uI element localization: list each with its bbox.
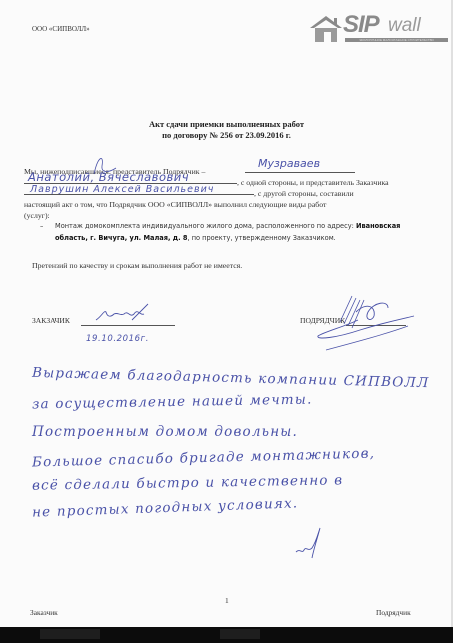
handwritten-note-line: Большое спасибо бригаде монтажников, [32,446,376,471]
work-item-address-region: Ивановская [356,222,400,230]
sipwall-logo: SIP wall ЭКОЛОГИЧНОЕ МАЛОЭТАЖНОЕ СТРОИТЕ… [308,13,450,45]
handwritten-note-line: Выражаем благодарность компании СИПВОЛЛ [32,365,430,391]
customer-date-handwritten: 19.10.2016г. [86,334,149,344]
scan-edge [0,627,453,643]
work-item-line-1: Монтаж домокомплекта индивидуального жил… [55,222,400,230]
work-item-line-2: область, г. Вичуга, ул. Малая, д. 8, по … [55,234,336,242]
document-subtitle: по договору № 256 от 23.09.2016 г. [0,130,453,140]
contractor-surname-handwritten: Музраваев [258,157,320,170]
house-icon [308,15,344,43]
company-name: ООО «СИПВОЛЛ» [32,25,90,33]
logo-tagline: ЭКОЛОГИЧНОЕ МАЛОЭТАЖНОЕ СТРОИТЕЛЬСТВО [345,38,448,42]
footer-customer: Заказчик [30,608,58,617]
customer-signature [92,302,152,324]
page-number: 1 [225,596,229,605]
customer-signature-label: ЗАКЗАЧИК [32,316,70,325]
contractor-signature [296,292,416,352]
customer-name-handwritten: Лаврушин Алексей Васильевич [30,184,214,195]
handwritten-note-line: за осуществление нашей мечты. [32,392,313,413]
work-item-text: Монтаж домокомплекта индивидуального жил… [55,222,356,230]
handwritten-note-line: всё сделали быстро и качественно в [32,472,343,493]
paragraph-line-2: , с одной стороны, и представитель Заказ… [237,178,389,187]
paragraph-line-4: настоящий акт о том, что Подрядчик ООО «… [24,200,326,209]
handwritten-note-line: не простых погодных условиях. [32,495,299,520]
footer-contractor: Подрядчик [376,608,411,617]
logo-sip-text: SIP [343,11,379,39]
claims-statement: Претензий по качеству и срокам выполнени… [32,261,242,270]
work-item-text-end: , по проекту, утвержденному Заказчиком. [188,234,336,242]
paragraph-line-3: , с другой стороны, составили [254,189,354,198]
logo-wall-text: wall [388,15,421,37]
bullet-marker: – [40,222,43,230]
note-signature [290,524,326,560]
work-item-address: область, г. Вичуга, ул. Малая, д. 8 [55,234,188,242]
document-page: ООО «СИПВОЛЛ» SIP wall ЭКОЛОГИЧНОЕ МАЛОЭ… [0,0,453,627]
paragraph-line-5: (услуг): [24,211,50,220]
document-title: Акт сдачи приемки выполненных работ [0,119,453,129]
contractor-name-handwritten: Анатолий, Вячеславович [28,170,189,184]
handwritten-note-line: Построенным домом довольны. [32,424,298,440]
